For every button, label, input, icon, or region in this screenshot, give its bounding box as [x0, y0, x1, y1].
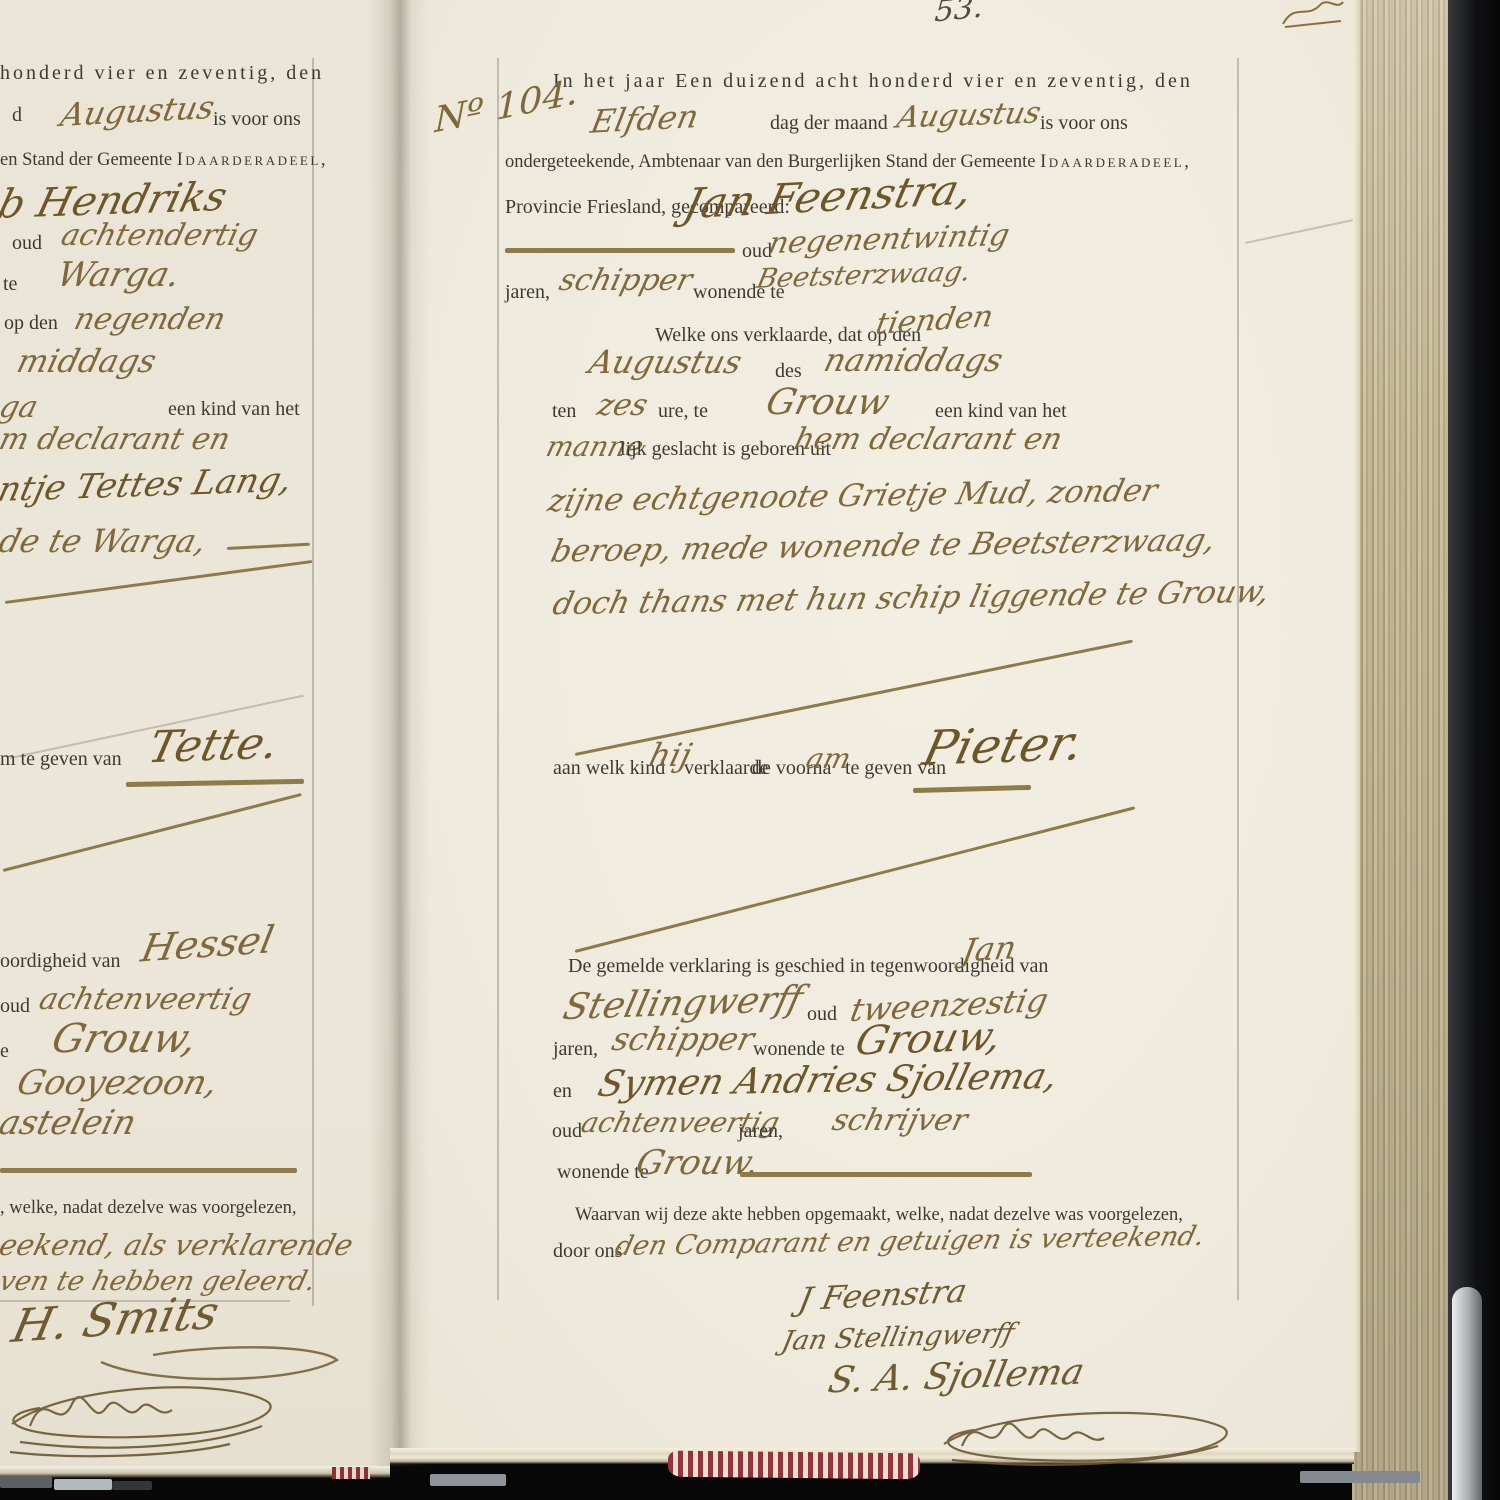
book-cover-leather: [1448, 0, 1500, 1500]
cradle-bar: [430, 1474, 506, 1486]
rp-printed-jaren: jaren,: [505, 281, 550, 304]
rp-hw-namiddags: namiddags: [820, 341, 1007, 379]
lp-hw-witness1-age: achtenveertig: [36, 982, 256, 1017]
rp-hw-parents1: hem declarant en: [791, 422, 1066, 457]
registrar-initials-mark: [1277, 0, 1347, 30]
right-page-left-margin-rule: [497, 58, 499, 1300]
lp-printed-gemeente-a: en Stand der Gemeente: [0, 150, 177, 170]
lp-hw-declarant-frag: m declarant en: [0, 422, 234, 457]
rp-hw-witness1-first: Jan: [959, 928, 1019, 970]
cradle-metal-strip: [1452, 1287, 1482, 1500]
rp-printed-gemeente-b: Idaarderadeel,: [1040, 152, 1191, 172]
lp-printed-oud: oud: [12, 232, 42, 255]
lp-hw-child-name: Tette.: [144, 718, 284, 773]
rp-printed-year-line: In het jaar Een duizend acht honderd vie…: [553, 70, 1193, 93]
rp-printed-wonende-te2: wonende te: [753, 1038, 845, 1061]
rp-printed-is-voor-ons: is voor ons: [1040, 112, 1128, 135]
rp-printed-dag-der-maand: dag der maand: [770, 112, 888, 135]
lp-printed-te: te: [3, 273, 17, 296]
lp-printed-voorgelezen: , welke, nadat dezelve was voorgelezen,: [0, 1198, 297, 1219]
gutter-shadow: [368, 0, 432, 1466]
cradle-bar: [112, 1481, 152, 1490]
blank-strike-line: [740, 1172, 1032, 1177]
rp-hw-day-of-month: Elfden: [588, 97, 702, 140]
rp-printed-ten: ten: [552, 400, 576, 423]
rp-printed-en: en: [553, 1080, 572, 1103]
rp-printed-oud2: oud: [807, 1003, 837, 1026]
rp-hw-child-name: Pieter.: [918, 715, 1089, 776]
rp-hw-witness1-occupation: schipper: [608, 1020, 758, 1058]
left-page-margin-rule: [312, 58, 314, 1306]
lp-printed-oud2: oud: [0, 995, 30, 1018]
lp-printed-een-kind: een kind van het: [168, 398, 300, 421]
lp-printed-is-voor-ons: is voor ons: [213, 108, 301, 131]
lp-printed-fragment: d: [12, 104, 22, 127]
blank-strike-line: [0, 1168, 297, 1173]
lp-hw-residence: Warga.: [53, 255, 184, 295]
rp-registrar-signature-flourish: [928, 1398, 1248, 1470]
lp-hw-wonende-frag: de te Warga,: [0, 522, 211, 560]
lp-printed-fragment2: e: [0, 1040, 9, 1063]
rp-printed-ure-te: ure, te: [658, 400, 708, 423]
lp-printed-year-line: honderd vier en zeventig, den: [0, 62, 324, 85]
lp-hw-witness2-occupation-frag: astelein: [0, 1103, 140, 1143]
rp-hw-declarant-occupation: schipper: [556, 263, 696, 298]
lp-hw-day: negenden: [71, 302, 229, 337]
cradle-bar: [1300, 1471, 1420, 1483]
rp-printed-een-kind: een kind van het: [935, 400, 1067, 423]
lp-printed-gemeente-b: Idaarderadeel,: [177, 150, 328, 170]
binding-headband: [668, 1451, 920, 1480]
rp-hw-birth-month: Augustus: [585, 343, 746, 381]
rp-printed-des: des: [775, 360, 802, 383]
rp-printed-jaren3: jaren,: [738, 1120, 783, 1143]
lp-hw-witness1-residence: Grouw,: [47, 1016, 202, 1062]
lp-hw-closing1: eekend, als verklarende: [0, 1228, 357, 1262]
lp-hw-age: achtendertig: [58, 218, 262, 253]
lp-registrar-signature-flourish: [0, 1368, 300, 1468]
lp-printed-gemeente-line: en Stand der Gemeente Idaarderadeel,: [0, 150, 328, 171]
lp-printed-op-den: op den: [4, 312, 58, 335]
rp-printed-oud3: oud: [552, 1120, 582, 1143]
book-fore-edge: [1352, 0, 1452, 1500]
rp-hw-hour: zes: [594, 388, 652, 423]
binding-headband-fragment: [332, 1467, 370, 1479]
rp-hw-witness2-occupation: schrijver: [829, 1103, 972, 1138]
book-scan: honderd vier en zeventig, den d Augustus…: [0, 0, 1500, 1500]
lp-printed-tegenwoordigheid: oordigheid van: [0, 950, 121, 973]
right-page-right-margin-rule: [1237, 58, 1239, 1300]
rp-hw-birth-place: Grouw: [762, 382, 894, 423]
rp-hw-witness2-name: Symen Andries Sjollema,: [594, 1056, 1062, 1105]
rp-hw-month: Augustus: [894, 96, 1044, 136]
lp-hw-middags: middags: [13, 342, 160, 380]
rp-printed-jaren2: jaren,: [553, 1038, 598, 1061]
blank-strike-line: [505, 248, 735, 253]
cradle-bar: [54, 1479, 112, 1490]
lp-hw-witness2-name-frag: Gooyezoon,: [13, 1063, 222, 1103]
rp-printed-gemeente-line: ondergeteekende, Ambtenaar van den Burge…: [505, 152, 1191, 173]
lp-printed-te-geven-van: m te geven van: [0, 748, 122, 771]
cradle-bar: [0, 1476, 52, 1488]
rp-hw-witness2-residence: Grouw.: [632, 1143, 764, 1183]
